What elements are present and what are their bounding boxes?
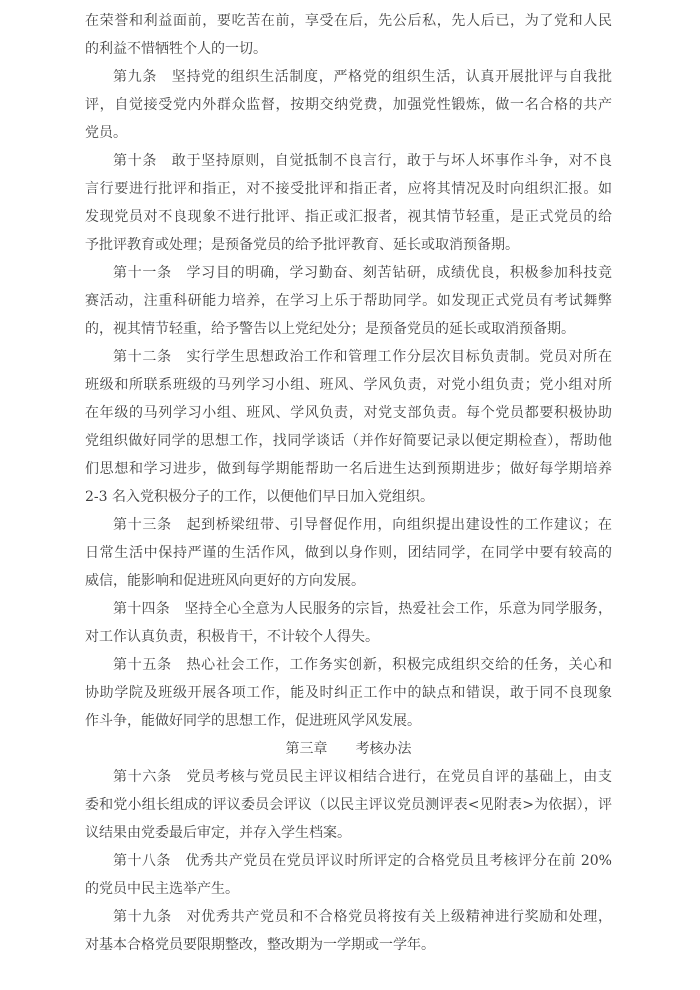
text-line: 予批评教育或处理；是预备党员的给予批评教育、延长或取消预备期。 xyxy=(85,231,612,259)
text-line: 的利益不惜牺牲个人的一切。 xyxy=(85,35,612,63)
text-line: 第十二条 实行学生思想政治工作和管理工作分层次目标负责制。党员对所在 xyxy=(85,343,612,371)
text-line: 对工作认真负责，积极肯干，不计较个人得失。 xyxy=(85,623,612,651)
text-line: 言行要进行批评和指正，对不接受批评和指正者，应将其情况及时向组织汇报。如 xyxy=(85,175,612,203)
text-line: 第十四条 坚持全心全意为人民服务的宗旨，热爱社会工作，乐意为同学服务， xyxy=(85,595,612,623)
text-line: 第十条 敢于坚持原则，自觉抵制不良言行，敢于与坏人坏事作斗争，对不良 xyxy=(85,147,612,175)
document-page: 在荣誉和利益面前，要吃苦在前，享受在后，先公后私，先人后已，为了党和人民的利益不… xyxy=(0,0,700,990)
text-line: 第十五条 热心社会工作，工作务实创新，积极完成组织交给的任务，关心和 xyxy=(85,651,612,679)
text-line: 2-3 名入党积极分子的工作，以便他们早日加入党组织。 xyxy=(85,483,612,511)
text-line: 评，自觉接受党内外群众监督，按期交纳党费，加强党性锻炼，做一名合格的共产 xyxy=(85,91,612,119)
text-line: 第十九条 对优秀共产党员和不合格党员将按有关上级精神进行奖励和处理， xyxy=(85,903,612,931)
text-line: 第十六条 党员考核与党员民主评议相结合进行，在党员自评的基础上，由支 xyxy=(85,763,612,791)
text-line: 第十一条 学习目的明确，学习勤奋、刻苦钻研，成绩优良，积极参加科技竞 xyxy=(85,259,612,287)
text-line: 的，视其情节轻重，给予警告以上党纪处分；是预备党员的延长或取消预备期。 xyxy=(85,315,612,343)
text-line: 第十八条 优秀共产党员在党员评议时所评定的合格党员且考核评分在前 20% xyxy=(85,847,612,875)
text-line: 们思想和学习进步，做到每学期能帮助一名后进生达到预期进步；做好每学期培养 xyxy=(85,455,612,483)
text-line: 赛活动，注重科研能力培养，在学习上乐于帮助同学。如发现正式党员有考试舞弊 xyxy=(85,287,612,315)
text-line: 在荣誉和利益面前，要吃苦在前，享受在后，先公后私，先人后已，为了党和人民 xyxy=(85,7,612,35)
text-line: 协助学院及班级开展各项工作，能及时纠正工作中的缺点和错误，敢于同不良现象 xyxy=(85,679,612,707)
text-line: 对基本合格党员要限期整改，整改期为一学期或一学年。 xyxy=(85,931,612,959)
document-body: 在荣誉和利益面前，要吃苦在前，享受在后，先公后私，先人后已，为了党和人民的利益不… xyxy=(85,7,612,959)
chapter-heading: 第三章 考核办法 xyxy=(85,735,612,763)
text-line: 威信，能影响和促进班风向更好的方向发展。 xyxy=(85,567,612,595)
text-line: 委和党小组长组成的评议委员会评议（以民主评议党员测评表<见附表>为依据），评 xyxy=(85,791,612,819)
text-line: 日常生活中保持严谨的生活作风，做到以身作则，团结同学，在同学中要有较高的 xyxy=(85,539,612,567)
text-line: 第十三条 起到桥梁纽带、引导督促作用，向组织提出建设性的工作建议；在 xyxy=(85,511,612,539)
text-line: 第九条 坚持党的组织生活制度，严格党的组织生活，认真开展批评与自我批 xyxy=(85,63,612,91)
text-line: 党组织做好同学的思想工作，找同学谈话（并作好简要记录以便定期检查），帮助他 xyxy=(85,427,612,455)
text-line: 党员。 xyxy=(85,119,612,147)
text-line: 的党员中民主选举产生。 xyxy=(85,875,612,903)
text-line: 在年级的马列学习小组、班风、学风负责，对党支部负责。每个党员都要积极协助 xyxy=(85,399,612,427)
text-line: 作斗争，能做好同学的思想工作，促进班风学风发展。 xyxy=(85,707,612,735)
text-line: 议结果由党委最后审定，并存入学生档案。 xyxy=(85,819,612,847)
text-line: 班级和所联系班级的马列学习小组、班风、学风负责，对党小组负责；党小组对所 xyxy=(85,371,612,399)
text-line: 发现党员对不良现象不进行批评、指正或汇报者，视其情节轻重，是正式党员的给 xyxy=(85,203,612,231)
